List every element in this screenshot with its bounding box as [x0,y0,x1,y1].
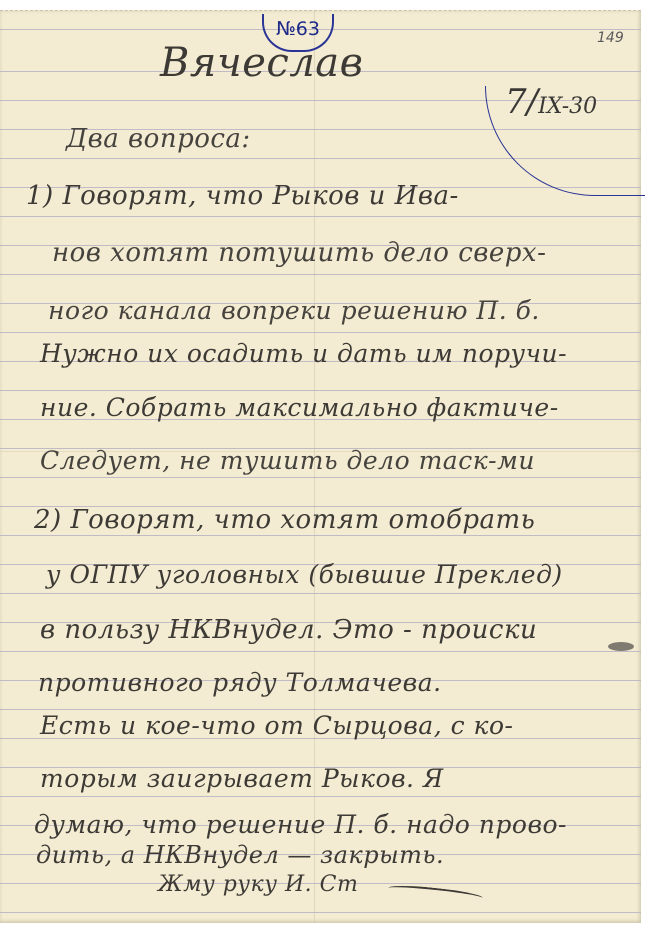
text-line-4: Нужно их осадить и дать им поручи- [40,339,567,368]
text-line-5: ние. Собрать максимально фактиче- [40,393,559,422]
date-month: IX [538,94,562,119]
salutation: Вячеслав [160,40,363,86]
text-line-10: противного ряду Толмачева. [38,668,442,697]
ink-blot [608,642,634,651]
page-number: 149 [597,30,624,46]
archive-number: №63 [276,18,320,40]
text-line-8: у ОГПУ уголовных (бывшие Преклед) [46,560,563,589]
text-line-14: дить, а НКВнудел — закрыть. [36,841,444,869]
text-line-11: Есть и кое-что от Сырцова, с ко- [40,711,513,740]
date-year: 30 [569,94,597,119]
date-day: 7 [505,82,527,122]
closing-signature: Жму руку И. Ст [158,872,358,897]
text-line-7: 2) Говорят, что хотят отобрать [34,505,535,535]
text-line-2: нов хотят потушить дело сверх- [52,238,546,268]
text-line-6: Следует, не тушить дело таск-ми [40,446,535,475]
text-line-12: торым заигрывает Рыков. Я [40,764,444,793]
text-line-3: ного канала вопреки решению П. б. [48,296,540,325]
text-line-1: 1) Говорят, что Рыков и Ива- [26,181,459,211]
intro-line: Два вопроса: [66,124,251,154]
text-line-13: думаю, что решение П. б. надо прово- [34,810,567,839]
date: 7/IX-30 [505,82,597,122]
text-line-9: в пользу НКВнудел. Это - происки [40,615,537,645]
